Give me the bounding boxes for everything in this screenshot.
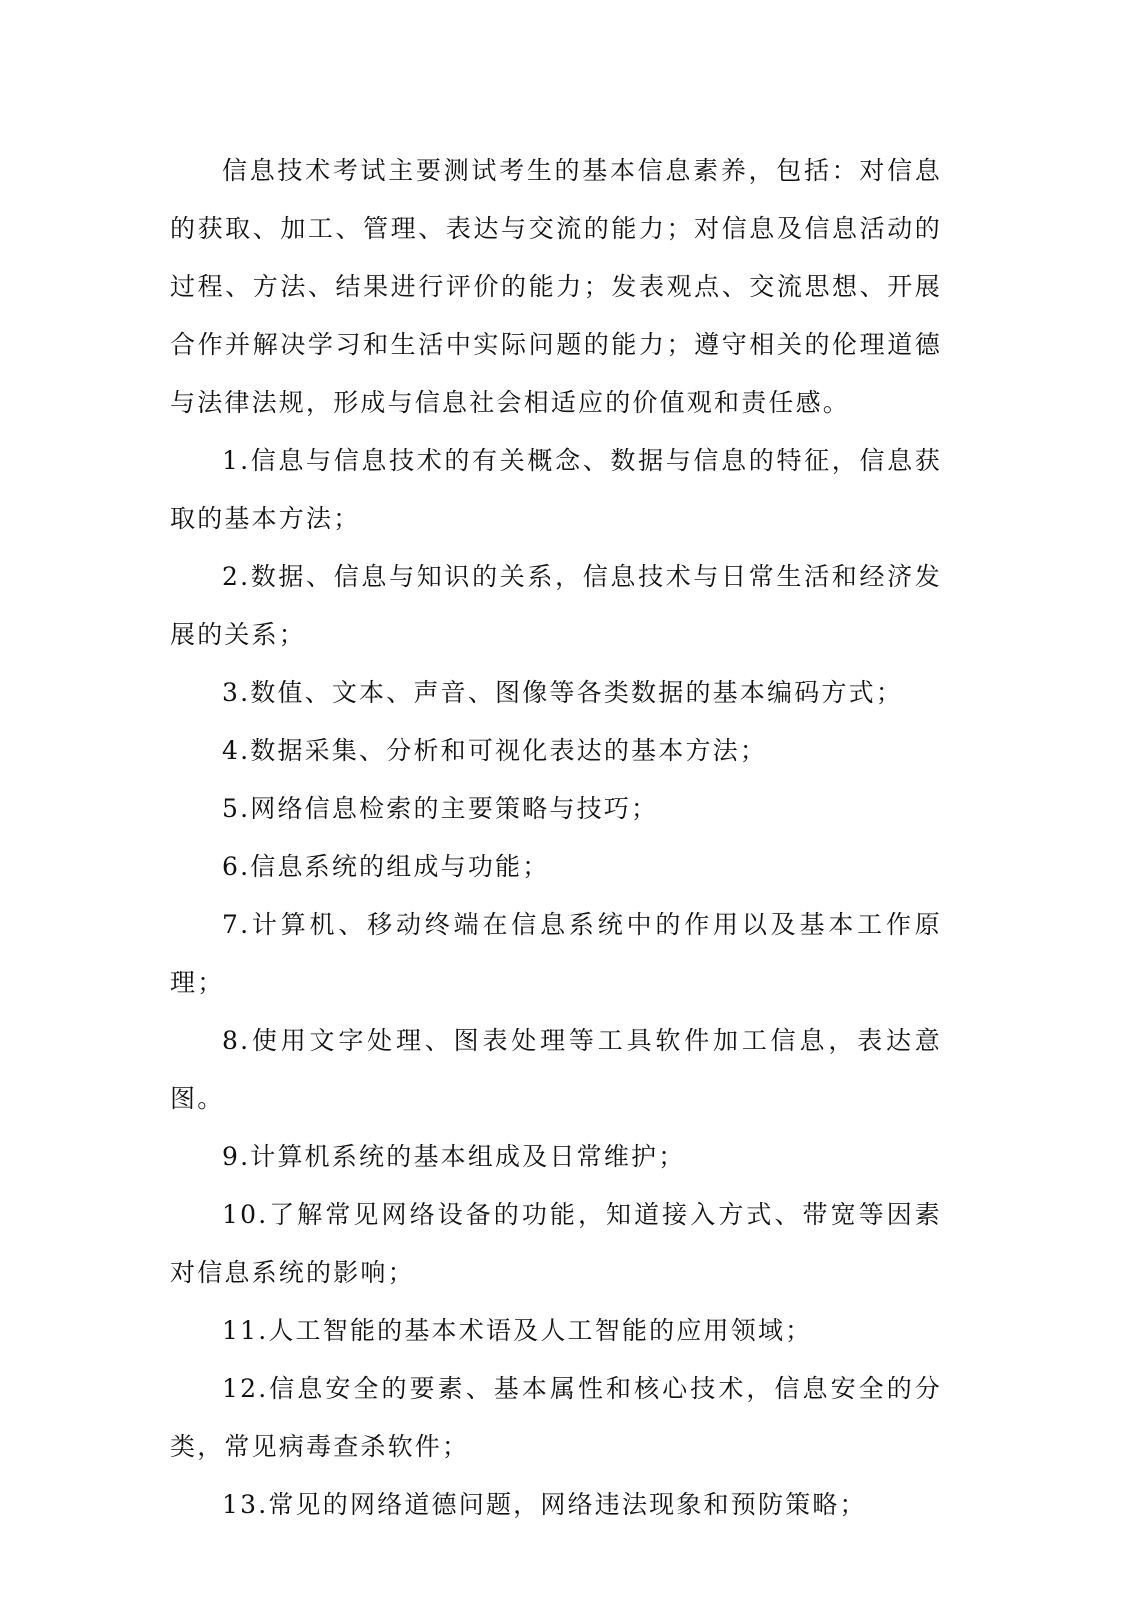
list-item-13: 13.常见的网络道德问题，网络违法现象和预防策略； <box>170 1476 942 1534</box>
list-item-11: 11.人工智能的基本术语及人工智能的应用领域； <box>170 1302 942 1360</box>
document-page: 信息技术考试主要测试考生的基本信息素养，包括：对信息的获取、加工、管理、表达与交… <box>170 142 942 1534</box>
list-item-6: 6.信息系统的组成与功能； <box>170 838 942 896</box>
list-item-7: 7.计算机、移动终端在信息系统中的作用以及基本工作原理； <box>170 896 942 1012</box>
list-item-10: 10.了解常见网络设备的功能，知道接入方式、带宽等因素对信息系统的影响； <box>170 1186 942 1302</box>
list-item-4: 4.数据采集、分析和可视化表达的基本方法； <box>170 722 942 780</box>
list-item-3: 3.数值、文本、声音、图像等各类数据的基本编码方式； <box>170 664 942 722</box>
list-item-8: 8.使用文字处理、图表处理等工具软件加工信息，表达意图。 <box>170 1012 942 1128</box>
list-item-12: 12.信息安全的要素、基本属性和核心技术，信息安全的分类，常见病毒查杀软件； <box>170 1360 942 1476</box>
intro-paragraph: 信息技术考试主要测试考生的基本信息素养，包括：对信息的获取、加工、管理、表达与交… <box>170 142 942 432</box>
list-item-9: 9.计算机系统的基本组成及日常维护； <box>170 1128 942 1186</box>
list-item-1: 1.信息与信息技术的有关概念、数据与信息的特征，信息获取的基本方法； <box>170 432 942 548</box>
list-item-5: 5.网络信息检索的主要策略与技巧； <box>170 780 942 838</box>
list-item-2: 2.数据、信息与知识的关系，信息技术与日常生活和经济发展的关系； <box>170 548 942 664</box>
